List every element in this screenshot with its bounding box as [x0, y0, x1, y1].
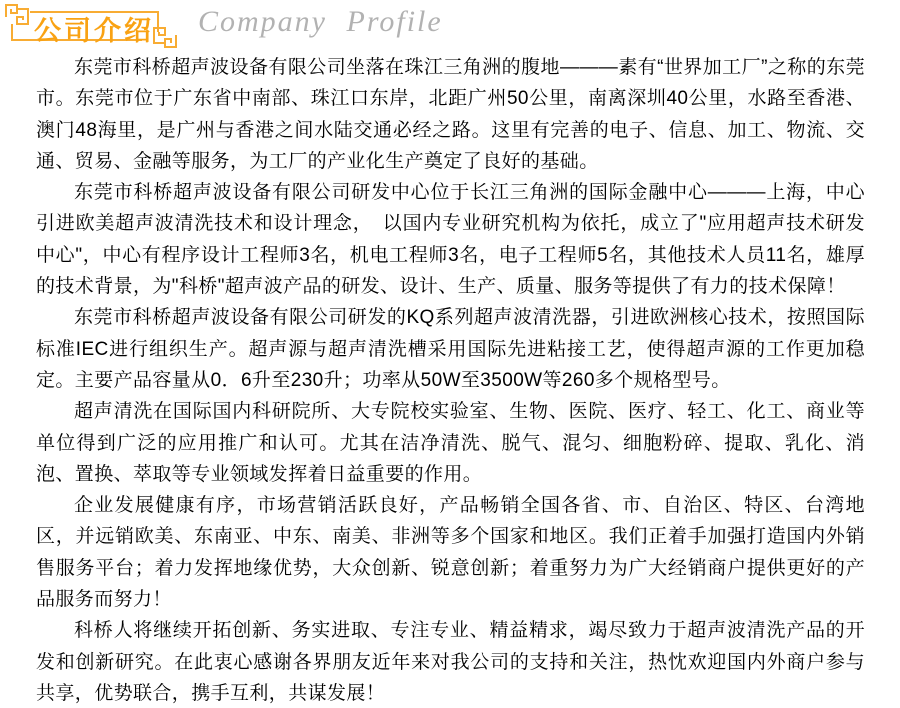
paragraph-rd-center: 东莞市科桥超声波设备有限公司研发中心位于长江三角洲的国际金融中心———上海，中心… — [36, 177, 865, 302]
paragraph-closing-statement: 科桥人将继续开拓创新、务实进取、专注专业、精益精求，竭尽致力于超声波清洗产品的开… — [36, 615, 865, 708]
paragraph-product-series: 东莞市科桥超声波设备有限公司研发的KQ系列超声波清洗器，引进欧洲核心技术，按照国… — [36, 302, 865, 396]
company-profile-page: 公司介绍 Company Profile 东莞市科桥超声波设备有限公司坐落在珠江… — [0, 0, 900, 708]
paragraph-market-development: 企业发展健康有序，市场营销活跃良好，产品畅销全国各省、市、自治区、特区、台湾地区… — [36, 490, 865, 615]
page-title-english: Company Profile — [198, 5, 443, 39]
paragraph-applications: 超声清洗在国际国内科研院所、大专院校实验室、生物、医院、医疗、轻工、化工、商业等… — [36, 396, 865, 490]
page-title-chinese: 公司介绍 — [34, 9, 154, 48]
section-header: 公司介绍 Company Profile — [2, 2, 900, 50]
fret-corner-top-left — [6, 5, 28, 24]
profile-text-body: 东莞市科桥超声波设备有限公司坐落在珠江三角洲的腹地———素有“世界加工厂”之称的… — [0, 50, 900, 708]
paragraph-company-location: 东莞市科桥超声波设备有限公司坐落在珠江三角洲的腹地———素有“世界加工厂”之称的… — [36, 52, 865, 177]
